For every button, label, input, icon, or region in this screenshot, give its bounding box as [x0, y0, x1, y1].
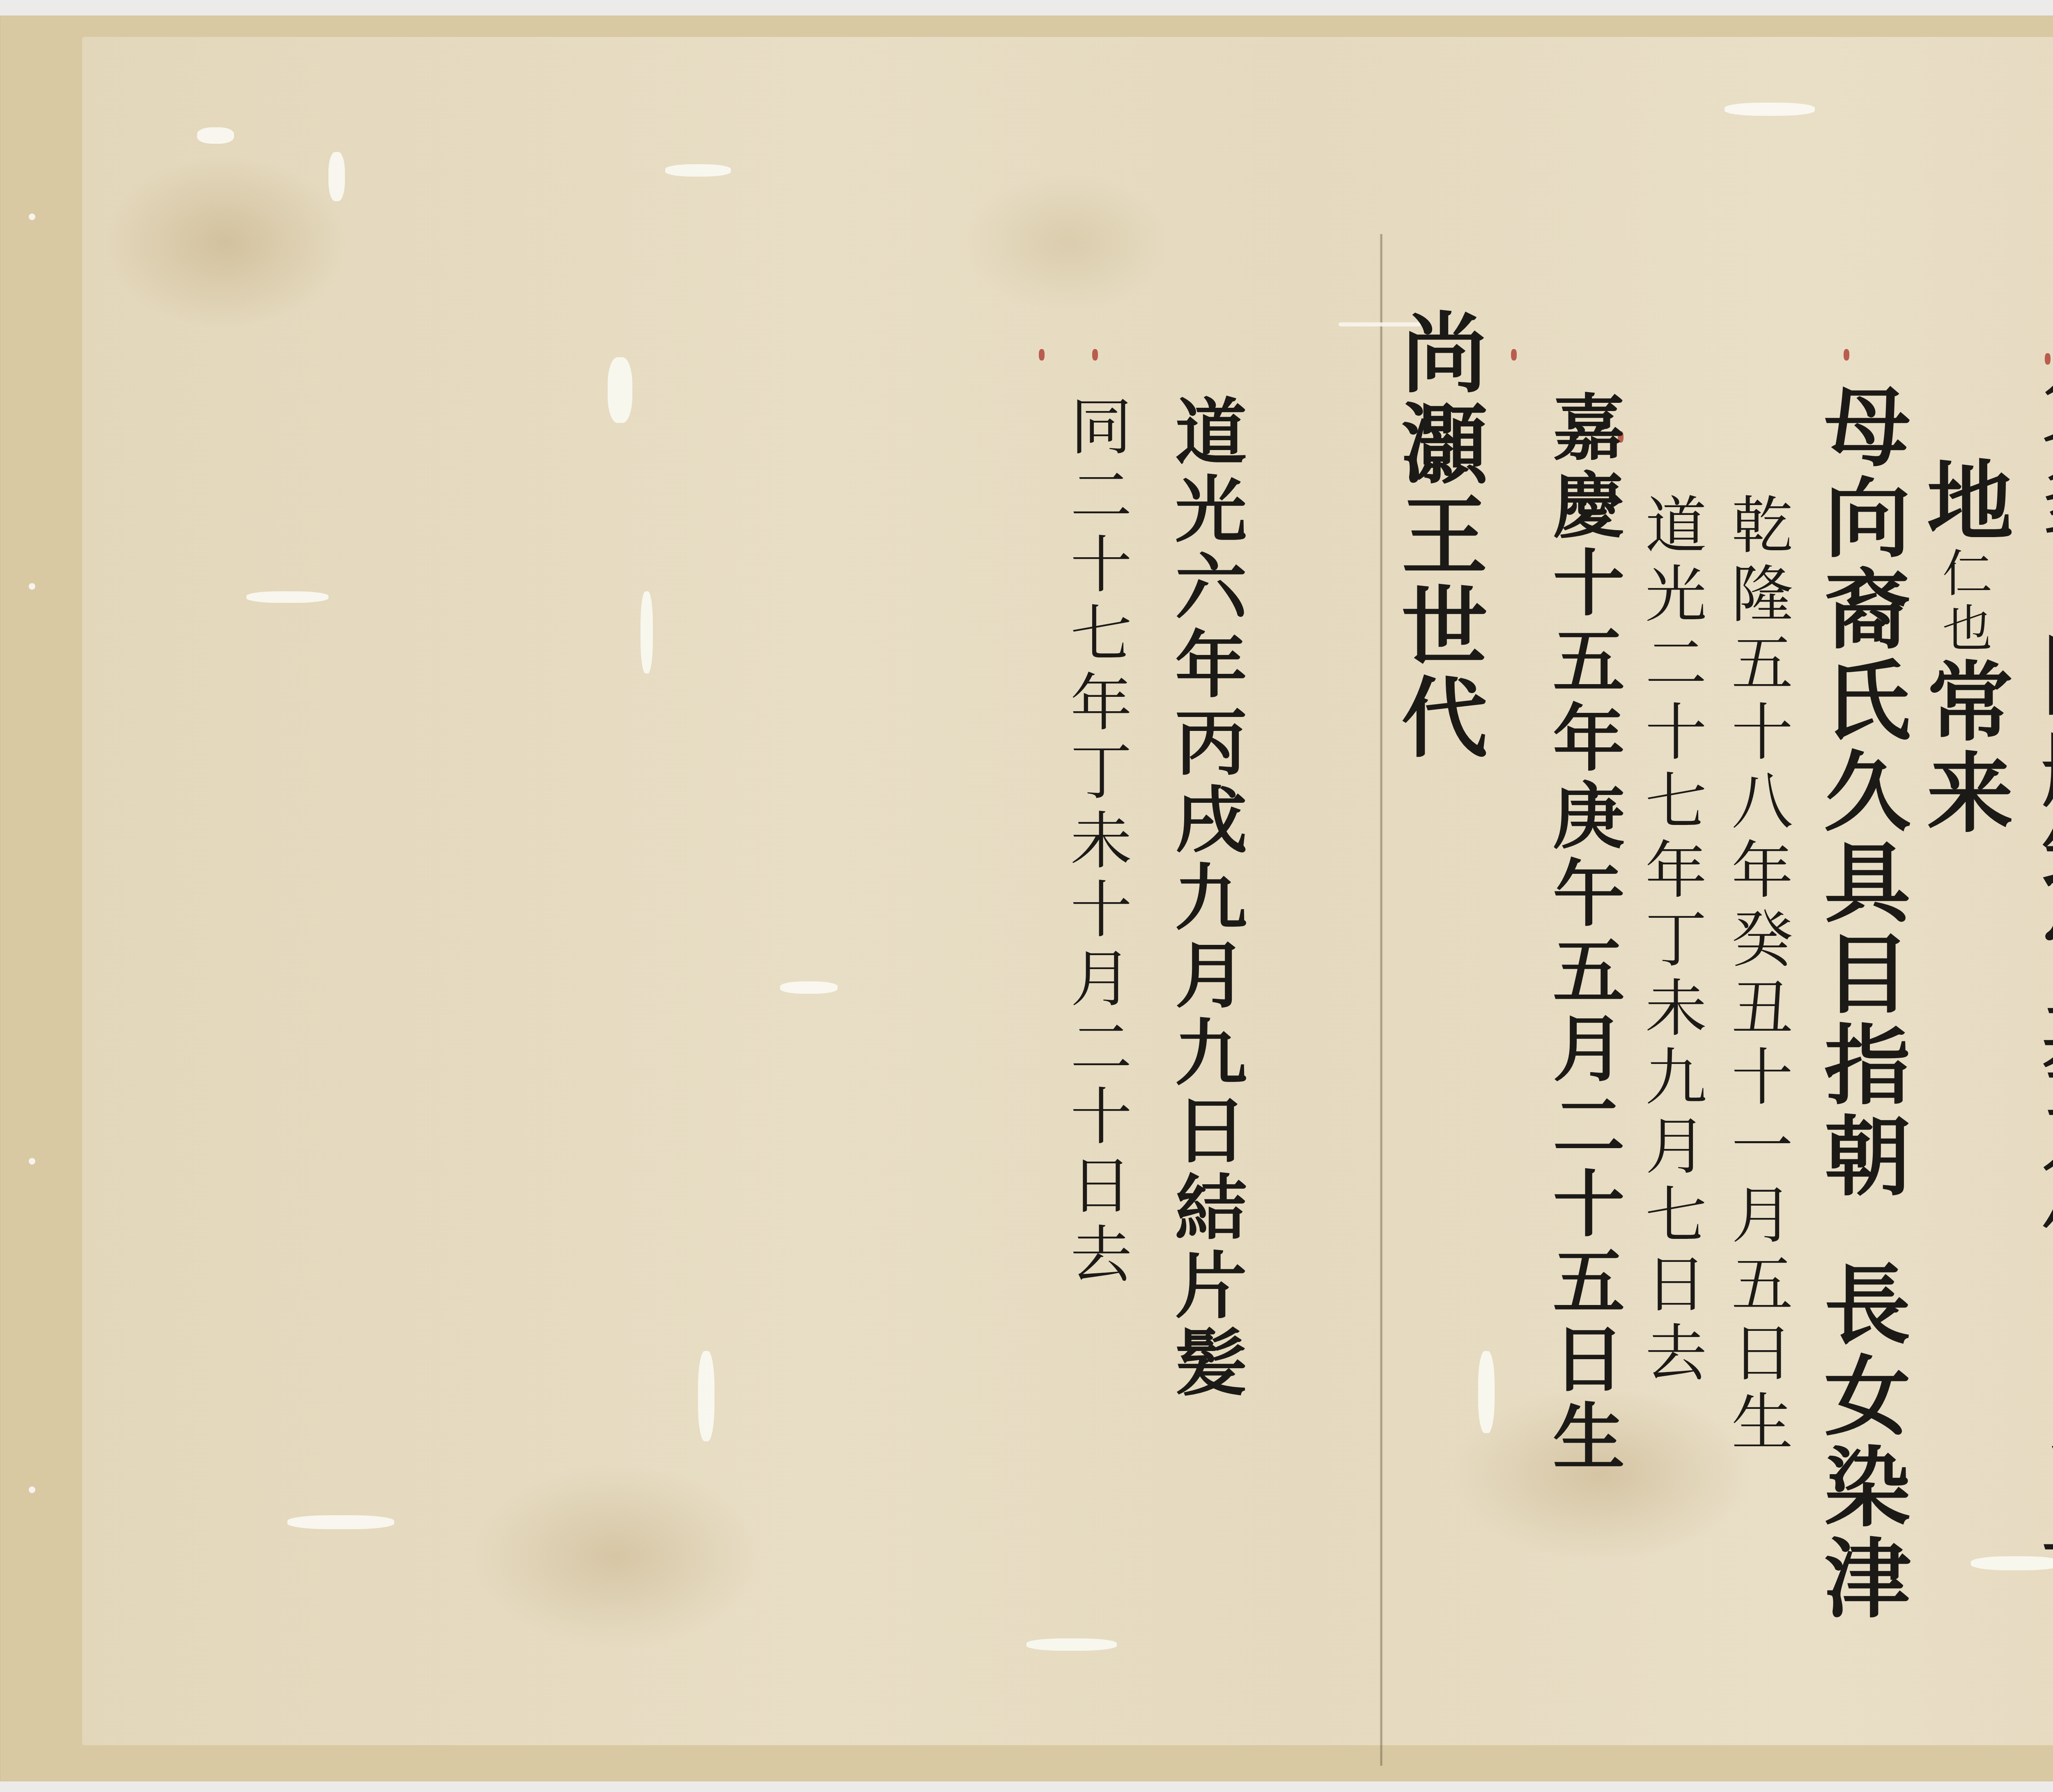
column-tail: 常来 [1913, 657, 2014, 839]
manuscript-leaf: 常治下地介也 童名宇増呂 父多良間船筑常基九代三男以上 地仁也常来 母向裔氏久具… [82, 37, 2053, 1745]
text-column-11-death: 同二十七年丁未十月二十日去 [1051, 394, 1140, 1291]
red-register-mark [1511, 349, 1517, 361]
text-column-7-death: 道光二十七年丁未九月七日去 [1626, 493, 1715, 1390]
paper-damage [246, 591, 328, 603]
text-column-6-birth: 乾隆五十八年癸丑十一月五日生 [1712, 493, 1801, 1459]
birth-date: 乾隆五十八年癸丑十一月五日生 [1721, 493, 1792, 1459]
coming-of-age-date: 道光六年丙戌九月九日結片髪 [1163, 394, 1247, 1403]
column-tail: 長女染津 [1810, 1260, 1911, 1624]
text-column-10-coming-of-age: 道光六年丙戌九月九日結片髪 [1154, 394, 1257, 1403]
red-register-mark [1092, 349, 1098, 361]
column-subtext: 仁也 [1934, 547, 1992, 657]
binding-hole [29, 583, 35, 590]
paper-damage [287, 1515, 394, 1529]
paper-damage [608, 357, 632, 423]
birth-date: 嘉慶十五年庚午五月二十五日生 [1541, 390, 1625, 1477]
column-subtext: 三男 [2049, 1269, 2053, 1379]
paper-damage [780, 981, 838, 994]
column-text: 父多良間船筑常基九代 [2028, 357, 2053, 1269]
paper-damage [328, 152, 345, 201]
red-register-mark [1844, 349, 1849, 361]
column-tail: 以上 [2028, 1379, 2053, 1561]
column-text: 地 [1913, 456, 2014, 547]
death-date: 同二十七年丁未十月二十日去 [1060, 394, 1131, 1291]
paper-damage [665, 164, 731, 177]
binding-hole [29, 1158, 35, 1165]
paper-damage [1026, 1638, 1117, 1651]
paper-damage [641, 591, 653, 673]
death-date: 道光二十七年丁未九月七日去 [1635, 493, 1706, 1390]
paper-damage [1478, 1351, 1495, 1433]
column-text: 母向裔氏久具目指朝 [1810, 382, 1911, 1202]
paper-damage [698, 1351, 714, 1441]
paper-damage [197, 127, 234, 144]
text-column-5: 母向裔氏久具目指朝長女染津 [1798, 382, 1922, 1624]
reign-label: 尚灝王世代 [1387, 308, 1488, 764]
binding-hole [29, 214, 35, 220]
paper-damage [1725, 103, 1815, 116]
text-column-8-birth: 嘉慶十五年庚午五月二十五日生 [1532, 390, 1635, 1477]
red-register-mark [1039, 349, 1045, 361]
text-column-9-reign: 尚灝王世代 [1376, 308, 1500, 764]
binding-hole [29, 1486, 35, 1493]
